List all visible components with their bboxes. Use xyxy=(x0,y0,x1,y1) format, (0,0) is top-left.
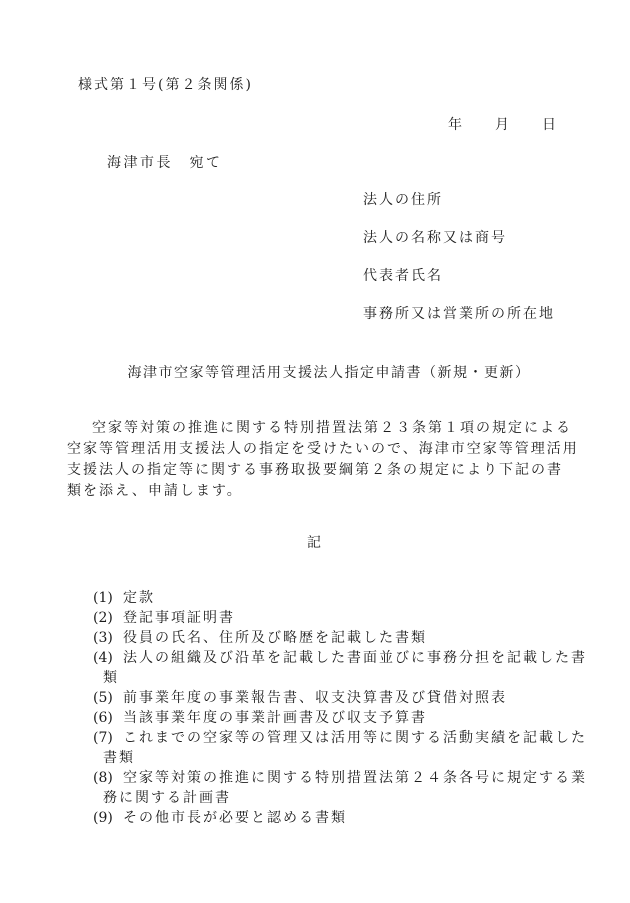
date-month-label: 月 xyxy=(495,117,509,133)
list-item: (2) 登記事項証明書 xyxy=(93,608,587,628)
form-number: 様式第１号(第２条関係) xyxy=(78,77,253,93)
item-number: (6) xyxy=(93,708,123,728)
list-item: (3) 役員の氏名、住所及び略歴を記載した書類 xyxy=(93,628,587,648)
list-item: (6) 当該事業年度の事業計画書及び収支予算書 xyxy=(93,708,587,728)
list-item: (8) 空家等対策の推進に関する特別措置法第２４条各号に規定する業 xyxy=(93,768,587,788)
item-text: 当該事業年度の事業計画書及び収支予算書 xyxy=(123,708,427,728)
item-number: (5) xyxy=(93,688,123,708)
applicant-block: 法人の住所 法人の名称又は商号 代表者氏名 事務所又は営業所の所在地 xyxy=(363,181,555,333)
list-item: (9) その他市長が必要と認める書類 xyxy=(93,808,587,828)
list-item: (5) 前事業年度の事業報告書、収支決算書及び貸借対照表 xyxy=(93,688,587,708)
document-page: 様式第１号(第２条関係) 年 月 日 海津市長 宛て 法人の住所 法人の名称又は… xyxy=(0,0,630,903)
item-text: 空家等対策の推進に関する特別措置法第２４条各号に規定する業 xyxy=(123,768,587,788)
item-text: その他市長が必要と認める書類 xyxy=(123,808,347,828)
date-line: 年 月 日 xyxy=(448,117,556,133)
item-number: (7) xyxy=(93,728,123,748)
item-text: 役員の氏名、住所及び略歴を記載した書類 xyxy=(123,628,427,648)
addressee: 海津市長 宛て xyxy=(107,155,223,171)
paragraph-line: 支援法人の指定等に関する事務取扱要綱第２条の規定により下記の書 xyxy=(67,460,579,481)
attachments-list: (1) 定款 (2) 登記事項証明書 (3) 役員の氏名、住所及び略歴を記載した… xyxy=(93,588,587,828)
item-text-continuation: 務に関する計画書 xyxy=(93,788,587,808)
item-number: (4) xyxy=(93,648,123,668)
applicant-name-label: 法人の名称又は商号 xyxy=(363,219,555,257)
item-text: 定款 xyxy=(123,588,155,608)
paragraph-line: 空家等対策の推進に関する特別措置法第２３条第１項の規定による xyxy=(67,418,579,439)
item-text-continuation: 書類 xyxy=(93,748,587,768)
representative-name-label: 代表者氏名 xyxy=(363,257,555,295)
list-item: (4) 法人の組織及び沿革を記載した書面並びに事務分担を記載した書 xyxy=(93,648,587,668)
ki-heading: 記 xyxy=(0,535,630,551)
item-number: (8) xyxy=(93,768,123,788)
paragraph-line: 類を添え、申請します。 xyxy=(67,481,579,502)
paragraph-line: 空家等管理活用支援法人の指定を受けたいので、海津市空家等管理活用 xyxy=(67,439,579,460)
date-year-label: 年 xyxy=(448,117,462,133)
item-text-continuation: 類 xyxy=(93,668,587,688)
item-number: (3) xyxy=(93,628,123,648)
item-number: (1) xyxy=(93,588,123,608)
item-number: (2) xyxy=(93,608,123,628)
applicant-address-label: 法人の住所 xyxy=(363,181,555,219)
document-title: 海津市空家等管理活用支援法人指定申請書（新規・更新） xyxy=(0,365,630,381)
list-item: (7) これまでの空家等の管理又は活用等に関する活動実績を記載した xyxy=(93,728,587,748)
item-text: 法人の組織及び沿革を記載した書面並びに事務分担を記載した書 xyxy=(123,648,587,668)
item-text: これまでの空家等の管理又は活用等に関する活動実績を記載した xyxy=(123,728,587,748)
item-text: 登記事項証明書 xyxy=(123,608,235,628)
item-text: 前事業年度の事業報告書、収支決算書及び貸借対照表 xyxy=(123,688,507,708)
body-paragraph: 空家等対策の推進に関する特別措置法第２３条第１項の規定による 空家等管理活用支援… xyxy=(67,418,579,502)
date-day-label: 日 xyxy=(542,117,556,133)
item-number: (9) xyxy=(93,808,123,828)
office-location-label: 事務所又は営業所の所在地 xyxy=(363,295,555,333)
list-item: (1) 定款 xyxy=(93,588,587,608)
